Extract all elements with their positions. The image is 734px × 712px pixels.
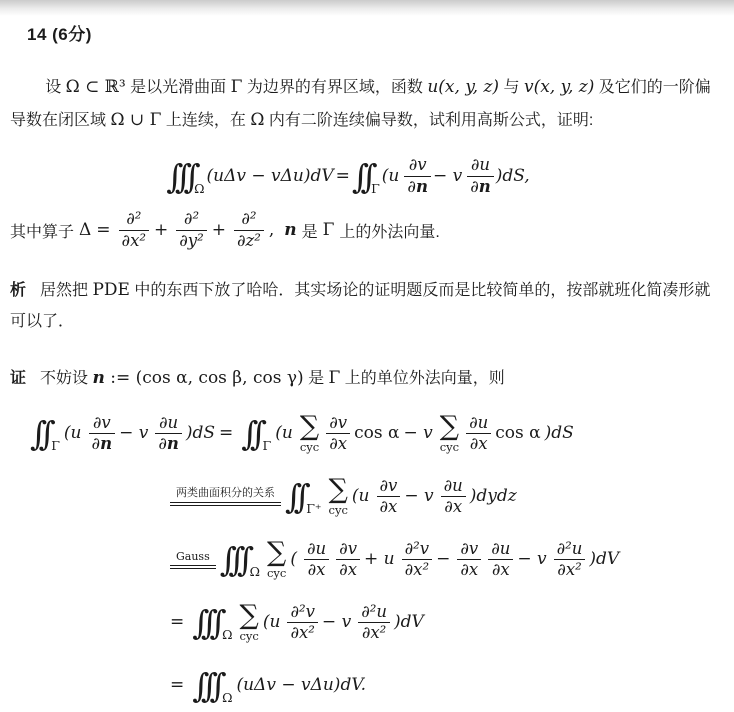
fraction: ∂u∂x: [304, 540, 329, 580]
normal-vector: n: [92, 368, 104, 388]
text-run: 设: [45, 79, 65, 96]
fraction: ∂²∂y²: [176, 210, 206, 250]
sum-cyc: ∑cyc: [329, 476, 348, 517]
math-run: (: [290, 549, 297, 569]
fraction: ∂v∂n: [404, 156, 431, 196]
problem-title: 14 (6分): [27, 20, 734, 45]
fraction: ∂v∂n: [89, 414, 116, 454]
minus-sign: −: [436, 549, 450, 569]
fraction: ∂²u∂x²: [554, 540, 586, 580]
math-run: )dV: [394, 612, 424, 632]
equals-sign: =: [96, 220, 110, 240]
annotated-equals: 两类曲面积分的关系: [170, 487, 281, 506]
text-run: 上的单位外法向量，则: [340, 370, 504, 387]
math-run: Γ: [231, 77, 243, 97]
cos-alpha: cos α: [495, 423, 540, 443]
math-run: Ω: [250, 110, 264, 130]
triple-integral: ∫∫∫: [192, 606, 218, 639]
problem-statement: 设 Ω ⊂ ℝ³ 是以光滑曲面 Γ 为边界的有界区域，函数 u(x, y, z)…: [10, 71, 720, 136]
normal-vector: n: [284, 220, 296, 240]
math-run: := (cos α, cos β, cos γ): [105, 368, 304, 388]
math-run: (uΔv − vΔu)dV.: [236, 675, 366, 695]
derivation-line-4: = ∫∫∫Ω ∑cyc (u ∂²v∂x² − v ∂²u∂x² )dV: [170, 597, 734, 647]
text-run: 与: [499, 79, 524, 96]
sum-cyc: ∑cyc: [440, 413, 459, 454]
double-integral: ∫∫: [285, 480, 302, 513]
math-run: v(x, y, z): [524, 77, 594, 97]
text-run: 内有二阶连续偏导数，试利用高斯公式，证明:: [264, 112, 593, 129]
text-run: 是以光滑曲面: [126, 79, 231, 96]
document-body: 14 (6分) 设 Ω ⊂ ℝ³ 是以光滑曲面 Γ 为边界的有界区域，函数 u(…: [0, 0, 734, 710]
math-run: (u: [64, 423, 82, 443]
math-run: u(x, y, z): [427, 77, 499, 97]
math-run: (u: [263, 612, 281, 632]
math-run: (u: [382, 166, 400, 186]
math-run: − v: [517, 549, 546, 569]
sum-cyc: ∑cyc: [239, 602, 258, 643]
fraction: ∂v∂x: [457, 540, 481, 580]
fraction: ∂²v∂x²: [287, 603, 317, 643]
math-run: )dS: [186, 423, 215, 443]
math-run: − v: [403, 423, 432, 443]
triple-integral: ∫∫∫: [220, 543, 246, 576]
fraction: ∂u∂x: [488, 540, 513, 580]
text-run: 其中算子: [10, 219, 74, 242]
operator-definition: 其中算子 Δ = ∂²∂x² + ∂²∂y² + ∂²∂z² , n 是 Γ 上…: [10, 210, 734, 250]
fraction: ∂²∂z²: [234, 210, 264, 250]
proof-intro: 证不妨设 n := (cos α, cos β, cos γ) 是 Γ 上的单位…: [10, 362, 720, 395]
text-run: 居然把: [40, 282, 92, 299]
analysis-paragraph: 析居然把 PDE 中的东西下放了哈哈．其实场论的证明题反而是比较简单的，按部就班…: [10, 274, 720, 337]
equals-annotation: 两类曲面积分的关系: [170, 487, 281, 501]
math-run: Γ: [329, 368, 341, 388]
derivation-block: ∫∫Γ (u ∂v∂n − v ∂u∂n )dS = ∫∫Γ (u ∑cyc ∂…: [0, 408, 734, 710]
math-run: )dV: [589, 549, 619, 569]
math-run: + u: [364, 549, 395, 569]
equals-sign: =: [170, 675, 184, 695]
math-run: )dydz: [470, 486, 517, 506]
derivation-line-2: 两类曲面积分的关系 ∫∫Γ⁺ ∑cyc (u ∂v∂x − v ∂u∂x )dy…: [170, 471, 734, 521]
double-integral: ∫∫: [30, 417, 47, 450]
equals-sign: =: [219, 423, 233, 443]
integral-limit: Ω: [222, 690, 232, 705]
fraction: ∂u∂x: [466, 414, 491, 454]
math-run: Ω ⊂ ℝ³: [66, 77, 126, 97]
integral-limit: Ω: [222, 627, 232, 642]
fraction: ∂u∂x: [441, 477, 466, 517]
plus-sign: +: [212, 220, 226, 240]
math-run: (u: [352, 486, 370, 506]
math-run: )dS,: [496, 166, 530, 186]
math-run: )dS: [545, 423, 574, 443]
fraction: ∂v∂x: [336, 540, 360, 580]
double-integral: ∫∫: [241, 417, 258, 450]
derivation-line-5: = ∫∫∫Ω (uΔv − vΔu)dV.: [170, 660, 734, 710]
text-run: 不妨设: [40, 370, 92, 387]
math-run: (u: [275, 423, 293, 443]
fraction: ∂u∂n: [467, 156, 494, 196]
double-rule: [170, 502, 281, 507]
sum-cyc: ∑cyc: [300, 413, 319, 454]
math-run: − v: [404, 486, 433, 506]
equals-sign: =: [170, 612, 184, 632]
cos-alpha: cos α: [354, 423, 399, 443]
text-run: 是: [304, 370, 329, 387]
text-run: 为边界的有界区域，函数: [242, 79, 427, 96]
math-run: − v: [433, 166, 462, 186]
sum-cyc: ∑cyc: [267, 539, 286, 580]
text-run: 上连续，在: [161, 112, 250, 129]
math-run: − v: [322, 612, 351, 632]
math-run: Γ: [323, 220, 335, 240]
fraction: ∂v∂x: [326, 414, 350, 454]
fraction: ∂u∂n: [155, 414, 182, 454]
analysis-label: 析: [10, 276, 26, 307]
math-run: Ω ∪ Γ: [110, 110, 161, 130]
fraction: ∂²∂x²: [119, 210, 149, 250]
triple-integral: ∫∫∫: [166, 160, 192, 193]
double-rule: [170, 565, 216, 570]
integral-limit: Ω: [194, 181, 204, 196]
math-run: Δ: [79, 220, 91, 240]
equals-sign: =: [336, 166, 350, 186]
triple-integral: ∫∫∫: [192, 669, 218, 702]
plus-sign: +: [154, 220, 168, 240]
integral-limit: Γ: [263, 438, 272, 453]
comma: ,: [269, 220, 274, 240]
integral-limit: Ω: [250, 564, 260, 579]
math-run: PDE: [92, 280, 129, 300]
proof-label: 证: [10, 364, 26, 395]
text-run: 上的外法向量.: [339, 219, 439, 242]
math-run: − v: [119, 423, 148, 443]
math-run: (uΔv − vΔu)dV: [206, 166, 333, 186]
text-run: 是: [302, 219, 318, 242]
fraction: ∂²u∂x²: [358, 603, 390, 643]
integral-limit: Γ: [51, 438, 60, 453]
equals-annotation: Gauss: [170, 550, 216, 564]
main-equation: ∫∫∫Ω (uΔv − vΔu)dV = ∫∫Γ (u ∂v∂n − v ∂u∂…: [0, 156, 734, 196]
fraction: ∂v∂x: [377, 477, 401, 517]
integral-limit: Γ: [371, 181, 380, 196]
integral-limit: Γ⁺: [306, 501, 321, 516]
annotated-equals: Gauss: [170, 550, 216, 569]
double-integral: ∫∫: [352, 160, 369, 193]
fraction: ∂²v∂x²: [402, 540, 432, 580]
derivation-line-1: ∫∫Γ (u ∂v∂n − v ∂u∂n )dS = ∫∫Γ (u ∑cyc ∂…: [30, 408, 734, 458]
derivation-line-3: Gauss ∫∫∫Ω ∑cyc ( ∂u∂x ∂v∂x + u ∂²v∂x² −…: [170, 534, 734, 584]
